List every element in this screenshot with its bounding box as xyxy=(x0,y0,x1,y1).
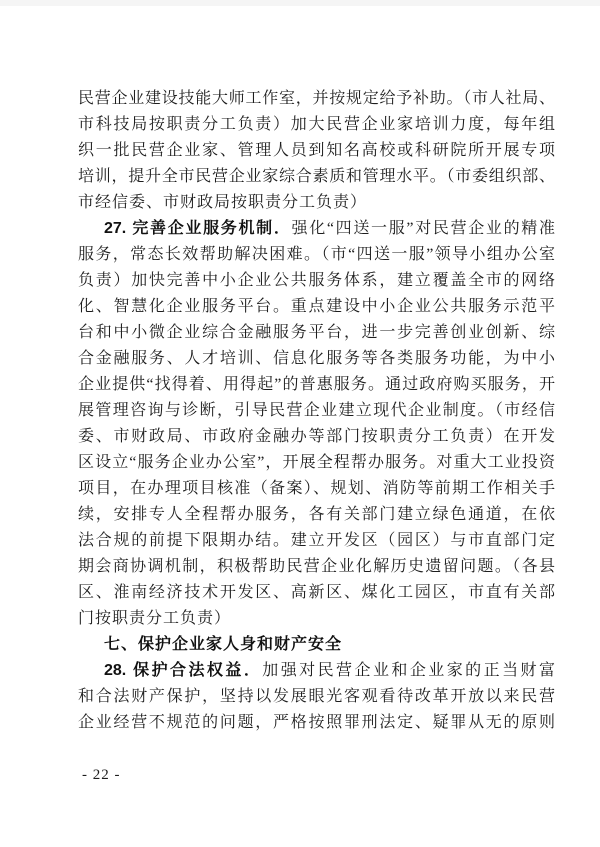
text-line: 培训，提升全市民营企业家综合素质和管理水平。（市委组织部、 xyxy=(78,164,555,190)
page-number: - 22 - xyxy=(82,767,121,784)
text-line: 市科技局按职责分工负责）加大民营企业家培训力度，每年组 xyxy=(78,112,555,138)
text-line: 台和中小微企业综合金融服务平台，进一步完善创业创新、综 xyxy=(78,320,555,346)
text-line: 企业经营不规范的问题，严格按照罪刑法定、疑罪从无的原则 xyxy=(78,710,555,736)
text-segment: 项目，在办理项目核准（备案）、规划、消防等前期工作相关手 xyxy=(78,480,555,497)
text-segment: 期会商协调机制，积极帮助民营企业化解历史遗留问题。（各县 xyxy=(78,558,555,575)
text-line: 委、市财政局、市政府金融办等部门按职责分工负责）在开发 xyxy=(78,424,555,450)
text-line: 七、保护企业家人身和财产安全 xyxy=(78,632,555,658)
text-line: 区设立“服务企业办公室”，开展全程帮办服务。对重大工业投资 xyxy=(78,450,555,476)
text-segment: 合金融服务、人才培训、信息化服务等各类服务功能，为中小 xyxy=(78,350,555,367)
text-segment: 企业提供“找得着、用得起”的普惠服务。通过政府购买服务，开 xyxy=(78,376,555,393)
text-segment: 市科技局按职责分工负责）加大民营企业家培训力度，每年组 xyxy=(78,116,555,133)
bold-text-segment: 七、保护企业家人身和财产安全 xyxy=(104,636,342,653)
text-line: 区、淮南经济技术开发区、高新区、煤化工园区，市直有关部 xyxy=(78,580,555,606)
text-segment: 加强对民营企业和企业家的正当财富 xyxy=(262,662,555,679)
text-segment: 市经信委、市财政局按职责分工负责） xyxy=(78,194,367,211)
text-segment: 续，安排专人全程帮办服务，各有关部门建立绿色通道，在依 xyxy=(78,506,555,523)
text-segment: 织一批民营企业家、管理人员到知名高校或科研院所开展专项 xyxy=(78,142,555,159)
text-segment: 负责）加快完善中小企业公共服务体系，建立覆盖全市的网络 xyxy=(78,272,555,289)
text-line: 和合法财产保护，坚持以发展眼光客观看待改革开放以来民营 xyxy=(78,684,555,710)
bold-text-segment: 27. 完善企业服务机制． xyxy=(104,220,292,237)
text-segment: 委、市财政局、市政府金融办等部门按职责分工负责）在开发 xyxy=(78,428,555,445)
scan-edge-shadow xyxy=(0,0,600,6)
text-segment: 区设立“服务企业办公室”，开展全程帮办服务。对重大工业投资 xyxy=(78,454,555,471)
text-line: 28. 保护合法权益．加强对民营企业和企业家的正当财富 xyxy=(78,658,555,684)
text-line: 负责）加快完善中小企业公共服务体系，建立覆盖全市的网络 xyxy=(78,268,555,294)
text-segment: 服务，常态长效帮助解决困难。（市“四送一服”领导小组办公室 xyxy=(78,246,555,263)
text-segment: 展管理咨询与诊断，引导民营企业建立现代企业制度。（市经信 xyxy=(78,402,555,419)
text-line: 续，安排专人全程帮办服务，各有关部门建立绿色通道，在依 xyxy=(78,502,555,528)
bold-text-segment: 28. 保护合法权益． xyxy=(104,662,262,679)
text-line: 企业提供“找得着、用得起”的普惠服务。通过政府购买服务，开 xyxy=(78,372,555,398)
text-segment: 门按职责分工负责） xyxy=(78,610,231,627)
text-segment: 培训，提升全市民营企业家综合素质和管理水平。（市委组织部、 xyxy=(78,168,555,185)
text-segment: 企业经营不规范的问题，严格按照罪刑法定、疑罪从无的原则 xyxy=(78,714,555,731)
text-line: 27. 完善企业服务机制．强化“四送一服”对民营企业的精准 xyxy=(78,216,555,242)
text-line: 项目，在办理项目核准（备案）、规划、消防等前期工作相关手 xyxy=(78,476,555,502)
text-line: 民营企业建设技能大师工作室，并按规定给予补助。（市人社局、 xyxy=(78,86,555,112)
text-line: 门按职责分工负责） xyxy=(78,606,555,632)
text-line: 服务，常态长效帮助解决困难。（市“四送一服”领导小组办公室 xyxy=(78,242,555,268)
text-line: 市经信委、市财政局按职责分工负责） xyxy=(78,190,555,216)
text-segment: 法合规的前提下限期办结。建立开发区（园区）与市直部门定 xyxy=(78,532,555,549)
text-segment: 强化“四送一服”对民营企业的精准 xyxy=(292,220,555,237)
text-segment: 化、智慧化企业服务平台。重点建设中小企业公共服务示范平 xyxy=(78,298,555,315)
text-segment: 和合法财产保护，坚持以发展眼光客观看待改革开放以来民营 xyxy=(78,688,555,705)
text-line: 期会商协调机制，积极帮助民营企业化解历史遗留问题。（各县 xyxy=(78,554,555,580)
text-segment: 区、淮南经济技术开发区、高新区、煤化工园区，市直有关部 xyxy=(78,584,555,601)
text-segment: 台和中小微企业综合金融服务平台，进一步完善创业创新、综 xyxy=(78,324,555,341)
text-segment: 民营企业建设技能大师工作室，并按规定给予补助。（市人社局、 xyxy=(78,90,555,107)
text-line: 展管理咨询与诊断，引导民营企业建立现代企业制度。（市经信 xyxy=(78,398,555,424)
text-line: 合金融服务、人才培训、信息化服务等各类服务功能，为中小 xyxy=(78,346,555,372)
text-line: 化、智慧化企业服务平台。重点建设中小企业公共服务示范平 xyxy=(78,294,555,320)
text-line: 法合规的前提下限期办结。建立开发区（园区）与市直部门定 xyxy=(78,528,555,554)
document-body: 民营企业建设技能大师工作室，并按规定给予补助。（市人社局、市科技局按职责分工负责… xyxy=(78,86,555,736)
text-line: 织一批民营企业家、管理人员到知名高校或科研院所开展专项 xyxy=(78,138,555,164)
document-page: 民营企业建设技能大师工作室，并按规定给予补助。（市人社局、市科技局按职责分工负责… xyxy=(0,0,600,847)
